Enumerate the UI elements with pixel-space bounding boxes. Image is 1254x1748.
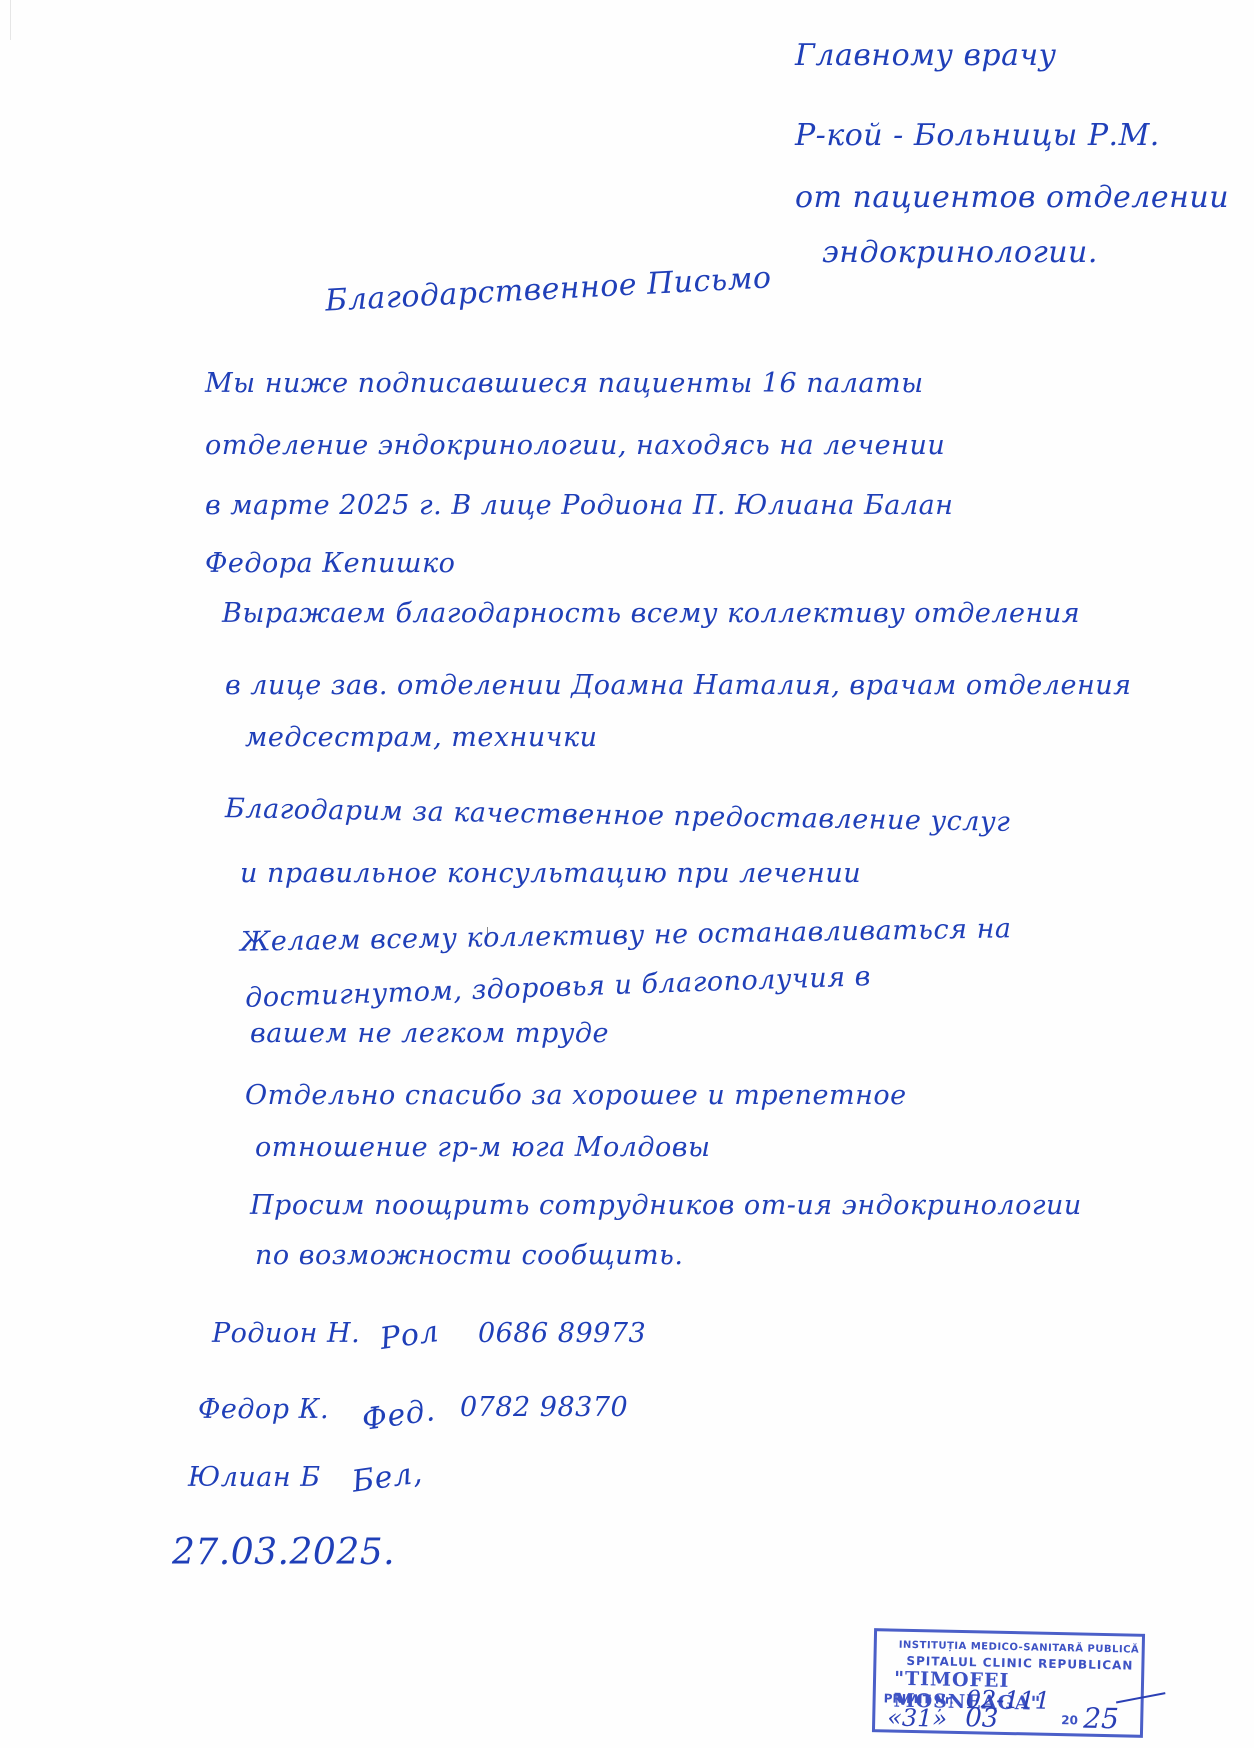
- scanned-letter-page: Главному врачу Р-кой - Больницы Р.М. от …: [0, 0, 1254, 1748]
- body-line-6: в лице зав. отделении Доамна Наталия, вр…: [225, 670, 1132, 701]
- stamp-year-suffix: 25: [1083, 1702, 1119, 1736]
- body-line-3: в марте 2025 г. В лице Родиона П. Юлиана…: [205, 490, 953, 521]
- hospital-registration-stamp: INSTITUȚIA MEDICO-SANITARĂ PUBLICĂ SPITA…: [872, 1628, 1145, 1738]
- scan-edge-line: [10, 0, 11, 40]
- addressee-line-3: от пациентов отделении: [795, 180, 1229, 215]
- signer-phone: 0782 98370: [460, 1392, 628, 1423]
- signature-scribble: Фед.: [360, 1393, 437, 1438]
- signature-scribble: Бел,: [350, 1455, 425, 1499]
- addressee-line-4: эндокринологии.: [822, 235, 1098, 270]
- signer-phone: 0686 89973: [478, 1318, 646, 1349]
- body-line-11: достигнутом, здоровья и благополучия в: [245, 961, 872, 1014]
- body-line-2: отделение эндокринологии, находясь на ле…: [205, 430, 945, 461]
- letter-date: 27.03.2025.: [172, 1532, 395, 1573]
- body-line-13: Отдельно спасибо за хорошее и трепетное: [245, 1080, 907, 1111]
- letter-title: Благодарственное Письмо: [324, 260, 772, 318]
- body-line-15: Просим поощрить сотрудников от-ия эндокр…: [250, 1190, 1082, 1221]
- body-line-14: отношение гр-м юга Молдовы: [255, 1132, 710, 1163]
- body-line-16: по возможности сообщить.: [255, 1240, 683, 1271]
- body-line-5: Выражаем благодарность всему коллективу …: [222, 598, 1080, 629]
- body-line-4: Федора Кепишко: [205, 548, 455, 579]
- body-line-10: Желаем всему коллективу не останавливать…: [240, 913, 1012, 957]
- stamp-month: 03: [965, 1703, 999, 1734]
- body-line-12: вашем не легком труде: [250, 1018, 609, 1049]
- body-line-8: Благодарим за качественное предоставлени…: [225, 793, 1011, 838]
- signature-scribble: Рол: [378, 1314, 441, 1357]
- signer-name: Юлиан Б: [188, 1462, 321, 1493]
- body-line-9: и правильное консультацию при лечении: [240, 858, 861, 889]
- addressee-line-1: Главному врачу: [795, 38, 1057, 73]
- stamp-day: «31»: [887, 1703, 947, 1732]
- signer-name: Родион Н.: [212, 1318, 360, 1349]
- stamp-institution-line: INSTITUȚIA MEDICO-SANITARĂ PUBLICĂ: [899, 1640, 1140, 1656]
- signature-mark: Фед.: [362, 1398, 435, 1433]
- body-line-7: медсестрам, технички: [245, 722, 598, 753]
- signature-mark: Бел,: [352, 1460, 422, 1495]
- signature-mark: Рол: [380, 1318, 439, 1353]
- stamp-year-prefix: 20: [1061, 1713, 1078, 1727]
- signer-name: Федор К.: [198, 1394, 329, 1425]
- body-line-1: Мы ниже подписавшиеся пациенты 16 палаты: [205, 368, 924, 399]
- addressee-line-2: Р-кой - Больницы Р.М.: [795, 118, 1160, 153]
